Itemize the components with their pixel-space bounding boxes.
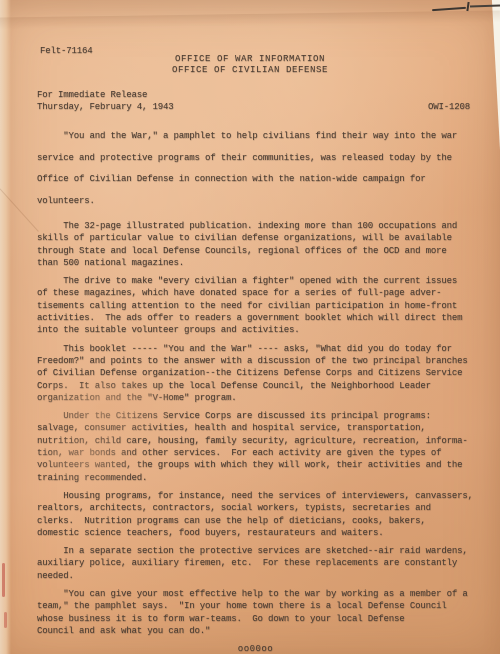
- paragraph: The 32-page illustrated publication. ind…: [37, 220, 474, 269]
- end-mark: oo00oo: [37, 643, 474, 654]
- release-date: Thursday, February 4, 1943: [37, 102, 174, 114]
- document-number: OWI-1208: [428, 102, 470, 114]
- paper-sheet: Felt-71164 OFFICE OF WAR INFORMATION OFF…: [0, 0, 500, 654]
- paragraph: The drive to make "every civilian a figh…: [37, 275, 474, 336]
- faded-ink-smudge: [24, 428, 154, 486]
- agency-header: OFFICE OF WAR INFORMATION OFFICE OF CIVI…: [0, 54, 500, 76]
- agency-line-1: OFFICE OF WAR INFORMATION: [0, 54, 500, 65]
- release-status: For Immediate Release: [37, 90, 470, 102]
- release-block: For Immediate Release Thursday, February…: [37, 90, 470, 113]
- scanned-document: Felt-71164 OFFICE OF WAR INFORMATION OFF…: [0, 0, 500, 654]
- paragraph: "You can give your most effective help t…: [37, 588, 474, 637]
- paragraph: In a separate section the protective ser…: [37, 545, 474, 582]
- paragraph: "You and the War," a pamphlet to help ci…: [37, 126, 474, 212]
- agency-line-2: OFFICE OF CIVILIAN DEFENSE: [0, 65, 500, 76]
- typewritten-content: Felt-71164 OFFICE OF WAR INFORMATION OFF…: [0, 0, 500, 654]
- paragraph: Housing programs, for instance, need the…: [37, 490, 474, 539]
